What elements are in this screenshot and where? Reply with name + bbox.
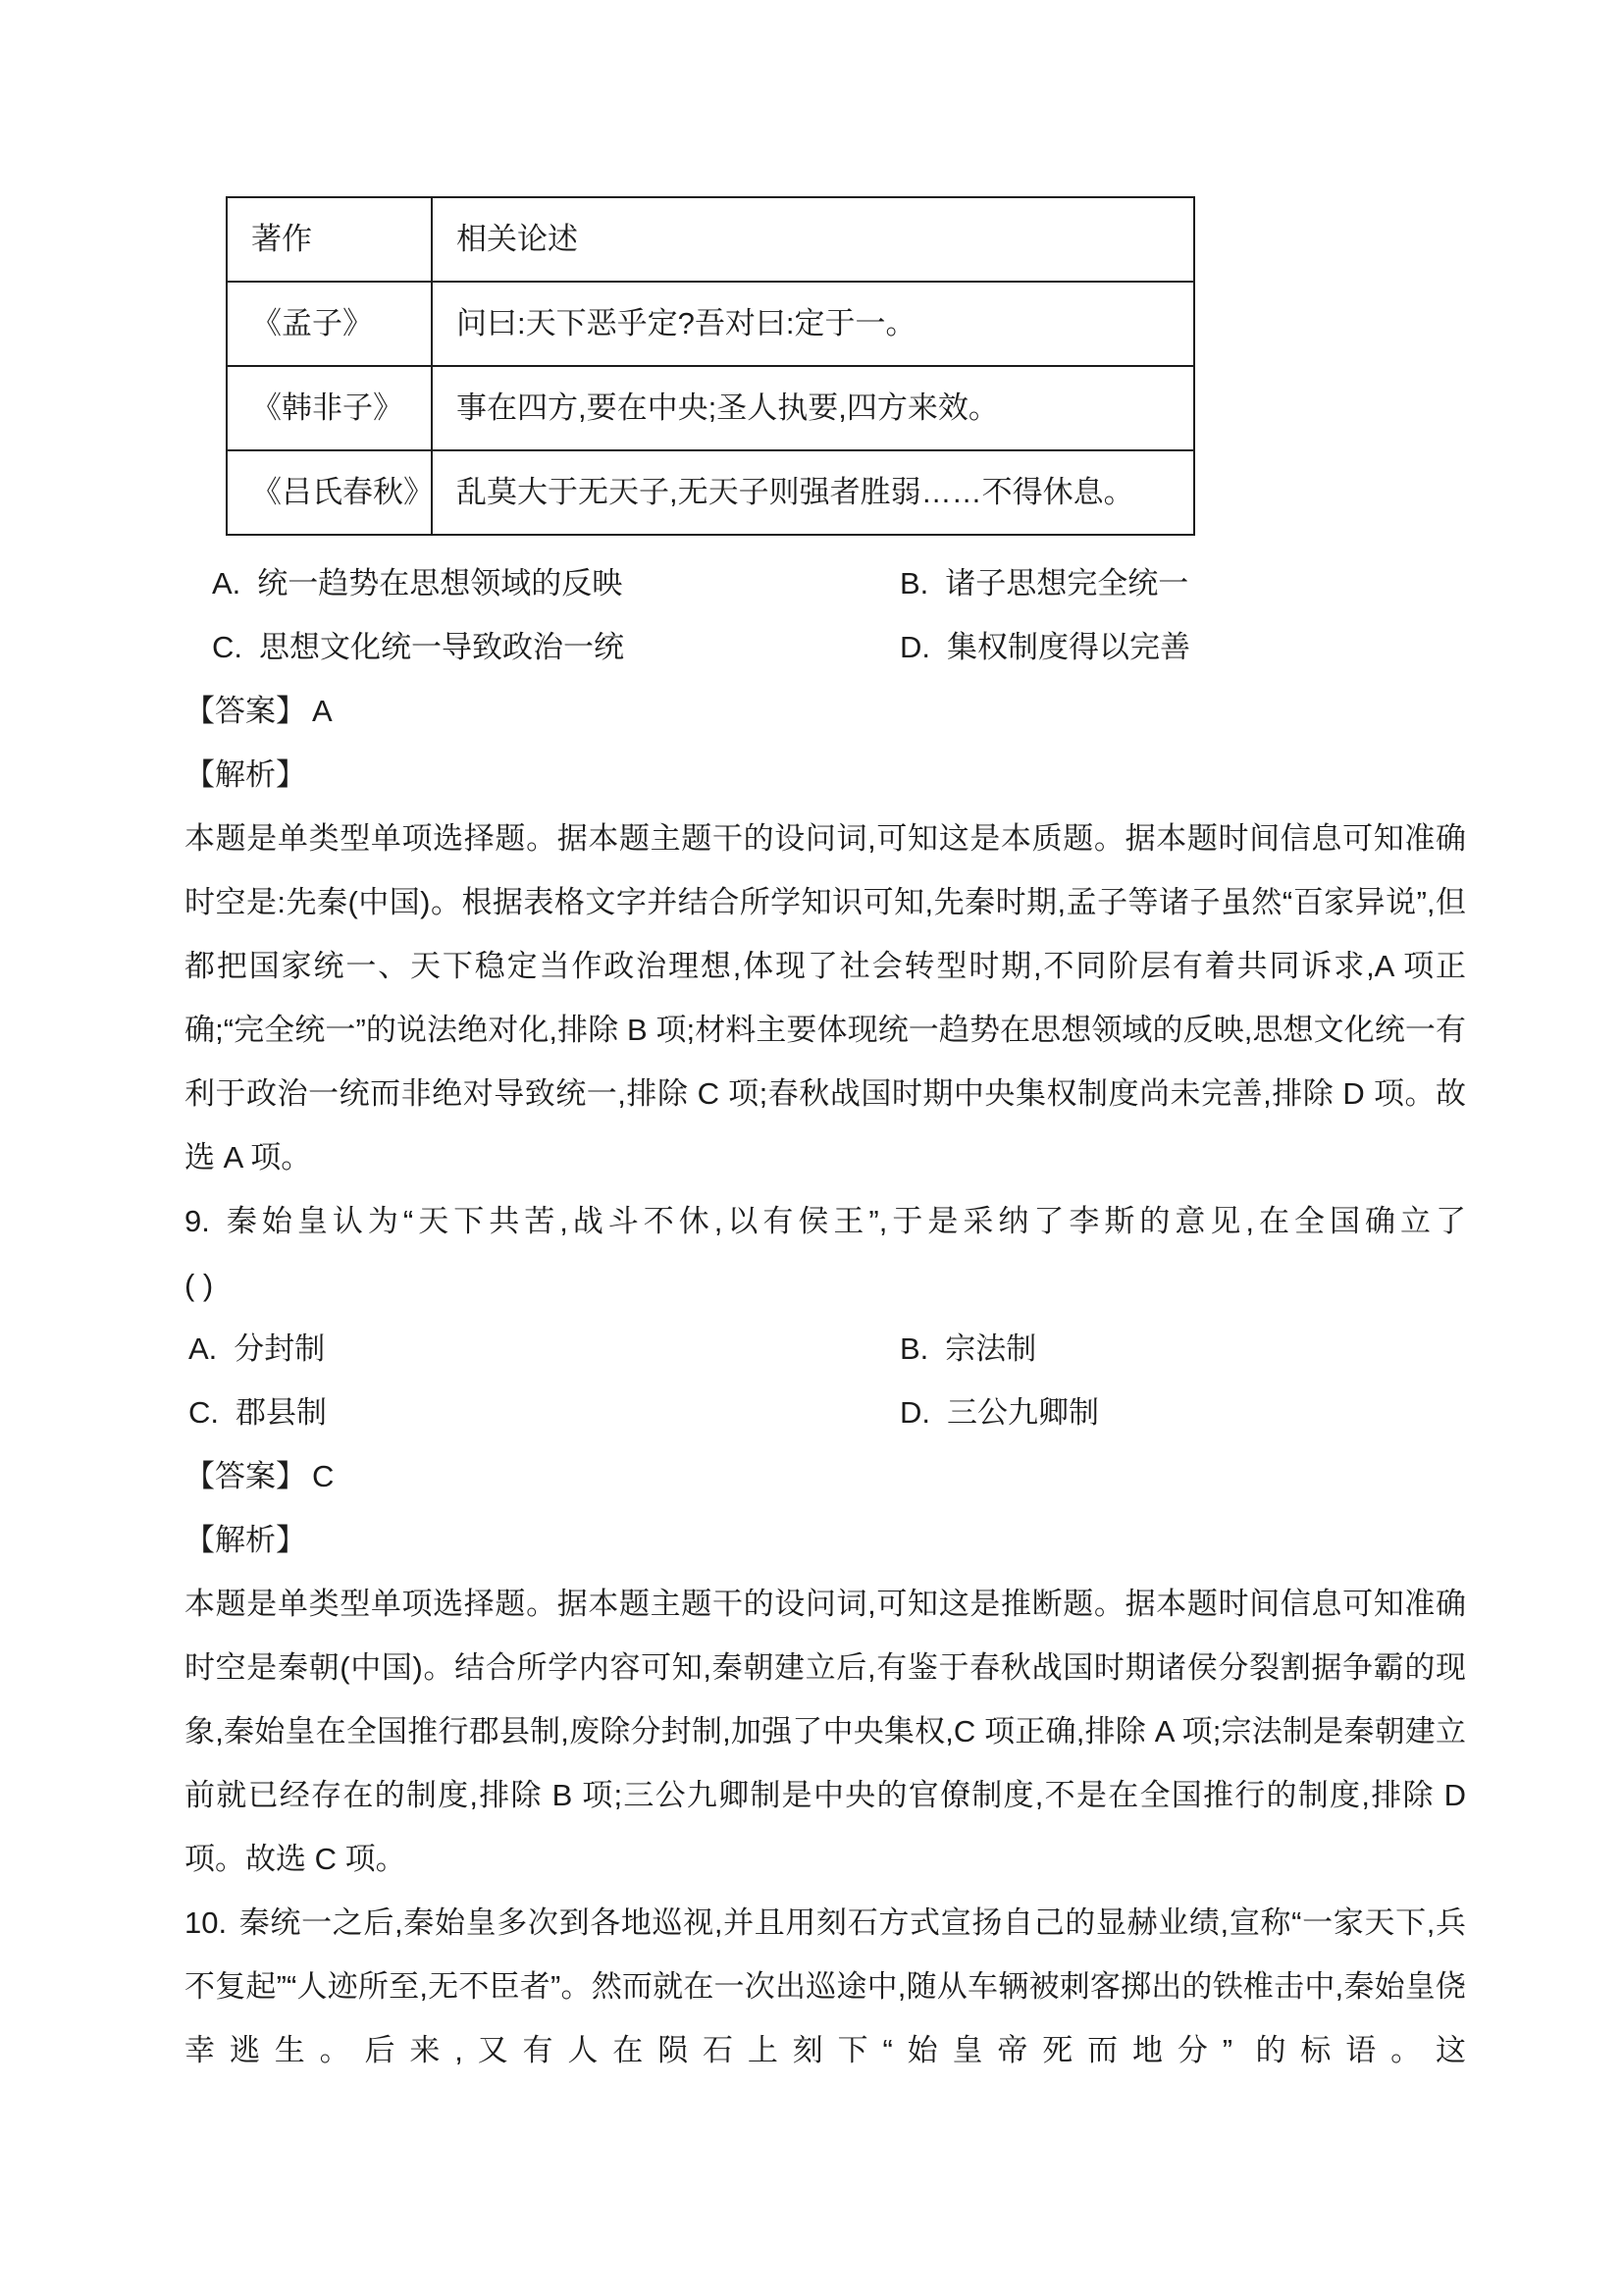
option-b: B.宗法制 (900, 1317, 1466, 1381)
q9-stem-line: 9.秦始皇认为“天下共苦,战斗不休,以有侯王”,于是采纳了李斯的意见,在全国确立… (184, 1189, 1466, 1253)
option-text: 集权制度得以完善 (947, 630, 1190, 664)
option-a: A.分封制 (188, 1317, 900, 1381)
option-label: D. (900, 630, 930, 664)
q8-analysis-text: 本题是单类型单项选择题。据本题主题干的设问词,可知这是本质题。据本题时间信息可知… (184, 807, 1466, 1189)
answer-label: 【答案】 (184, 694, 306, 728)
option-text: 统一趋势在思想领域的反映 (257, 566, 622, 600)
option-d: D.集权制度得以完善 (900, 615, 1466, 679)
table-header-row: 著作 相关论述 (227, 197, 1194, 282)
table-row: 《孟子》 问曰:天下恶乎定?吾对曰:定于一。 (227, 282, 1194, 366)
q8-answer-line: 【答案】A (184, 679, 1466, 743)
q9-analysis-text: 本题是单类型单项选择题。据本题主题干的设问词,可知这是推断题。据本题时间信息可知… (184, 1572, 1466, 1891)
option-b: B.诸子思想完全统一 (900, 551, 1466, 615)
statement-cell: 乱莫大于无天子,无天子则强者胜弱……不得休息。 (432, 450, 1194, 535)
option-label: A. (188, 1331, 217, 1366)
question-number: 9. (184, 1204, 210, 1238)
option-label: B. (900, 1331, 928, 1366)
question-number: 10. (184, 1905, 227, 1940)
option-label: B. (900, 566, 928, 600)
table-row: 《韩非子》 事在四方,要在中央;圣人执要,四方来效。 (227, 366, 1194, 450)
option-d: D.三公九卿制 (900, 1381, 1466, 1444)
option-label: D. (900, 1395, 930, 1430)
document-page: 著作 相关论述 《孟子》 问曰:天下恶乎定?吾对曰:定于一。 《韩非子》 事在四… (0, 0, 1623, 2296)
question-stem: 秦统一之后,秦始皇多次到各地巡视,并且用刻石方式宣扬自己的显赫业绩,宣称“一家天… (184, 1905, 1466, 2067)
q9-options: A.分封制 B.宗法制 C.郡县制 D.三公九卿制 (188, 1317, 1466, 1444)
option-a: A.统一趋势在思想领域的反映 (212, 551, 900, 615)
header-work-cell: 著作 (227, 197, 432, 282)
page-content: 著作 相关论述 《孟子》 问曰:天下恶乎定?吾对曰:定于一。 《韩非子》 事在四… (0, 196, 1623, 2082)
q9-answer-line: 【答案】C (184, 1444, 1466, 1508)
option-c: C.思想文化统一导致政治一统 (212, 615, 900, 679)
q9-bracket: ( ) (184, 1253, 1466, 1317)
header-statement-cell: 相关论述 (432, 197, 1194, 282)
option-text: 三公九卿制 (947, 1395, 1099, 1430)
table-row: 《吕氏春秋》 乱莫大于无天子,无天子则强者胜弱……不得休息。 (227, 450, 1194, 535)
question-stem: 秦始皇认为“天下共苦,战斗不休,以有侯王”,于是采纳了李斯的意见,在全国确立了 (222, 1204, 1466, 1238)
q9-analysis-label: 【解析】 (184, 1508, 1466, 1572)
work-cell: 《孟子》 (227, 282, 432, 366)
statement-cell: 事在四方,要在中央;圣人执要,四方来效。 (432, 366, 1194, 450)
option-text: 宗法制 (945, 1331, 1036, 1366)
q8-options: A.统一趋势在思想领域的反映 B.诸子思想完全统一 C.思想文化统一导致政治一统… (212, 551, 1466, 679)
option-text: 思想文化统一导致政治一统 (259, 630, 624, 664)
option-label: C. (188, 1395, 219, 1430)
answer-label: 【答案】 (184, 1459, 306, 1493)
q10-stem: 10.秦统一之后,秦始皇多次到各地巡视,并且用刻石方式宣扬自己的显赫业绩,宣称“… (184, 1891, 1466, 2082)
answer-value: A (312, 694, 333, 728)
q8-analysis-label: 【解析】 (184, 743, 1466, 807)
option-label: A. (212, 566, 240, 600)
option-text: 诸子思想完全统一 (945, 566, 1188, 600)
option-text: 分封制 (234, 1331, 325, 1366)
works-table: 著作 相关论述 《孟子》 问曰:天下恶乎定?吾对曰:定于一。 《韩非子》 事在四… (226, 196, 1195, 536)
option-c: C.郡县制 (188, 1381, 900, 1444)
option-text: 郡县制 (236, 1395, 327, 1430)
work-cell: 《韩非子》 (227, 366, 432, 450)
option-label: C. (212, 630, 242, 664)
answer-value: C (312, 1459, 334, 1493)
work-cell: 《吕氏春秋》 (227, 450, 432, 535)
statement-cell: 问曰:天下恶乎定?吾对曰:定于一。 (432, 282, 1194, 366)
